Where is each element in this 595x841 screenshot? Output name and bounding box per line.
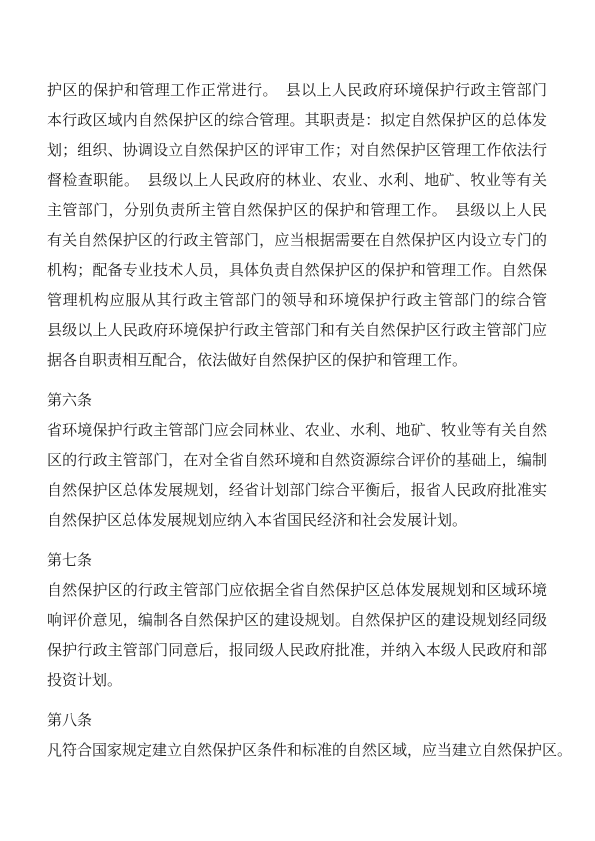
text-line: 省环境保护行政主管部门应会同林业、农业、水利、地矿、牧业等有关自然保护 [47,416,547,446]
document-page: 护区的保护和管理工作正常进行。 县以上人民政府环境保护行政主管部门负责 本行政区… [0,0,595,841]
text-line: 投资计划。 [47,666,547,696]
text-line: 自然保护区总体发展规划，经省计划部门综合平衡后，报省人民政府批准实施。 [47,476,547,506]
text-line: 有关自然保护区的行政主管部门，应当根据需要在自然保护区内设立专门的管理 [47,226,547,256]
text-line: 响评价意见，编制各自然保护区的建设规划。自然保护区的建设规划经同级环境 [47,606,547,636]
text-line: 管理机构应服从其行政主管部门的领导和环境保护行政主管部门的综合管理。 [47,286,547,316]
article-heading-8: 第八条 [47,706,547,736]
text-line: 区的行政主管部门，在对全省自然环境和自然资源综合评价的基础上，编制全省 [47,446,547,476]
text-line: 自然保护区总体发展规划应纳入本省国民经济和社会发展计划。 [47,506,547,536]
text-line: 护区的保护和管理工作正常进行。 县以上人民政府环境保护行政主管部门负责 [47,76,547,106]
text-line: 划；组织、协调设立自然保护区的评审工作；对自然保护区管理工作依法行使监 [47,136,547,166]
text-line: 本行政区域内自然保护区的综合管理。其职责是：拟定自然保护区的总体发展规 [47,106,547,136]
text-line: 据各自职责相互配合，依法做好自然保护区的保护和管理工作。 [47,346,547,376]
text-line: 督检查职能。 县级以上人民政府的林业、农业、水利、地矿、牧业等有关行政 [47,166,547,196]
document-text-block: 护区的保护和管理工作正常进行。 县以上人民政府环境保护行政主管部门负责 本行政区… [47,76,547,766]
text-line: 县级以上人民政府环境保护行政主管部门和有关自然保护区行政主管部门应依 [47,316,547,346]
text-line: 凡符合国家规定建立自然保护区条件和标准的自然区域，应当建立自然保护区。 [47,736,547,766]
article-heading-6: 第六条 [47,386,547,416]
article-heading-7: 第七条 [47,546,547,576]
text-line: 主管部门，分别负责所主管自然保护区的保护和管理工作。 县级以上人民政府 [47,196,547,226]
text-line: 机构；配备专业技术人员，具体负责自然保护区的保护和管理工作。自然保护区 [47,256,547,286]
text-line: 自然保护区的行政主管部门应依据全省自然保护区总体发展规划和区域环境影 [47,576,547,606]
text-line: 保护行政主管部门同意后，报同级人民政府批准，并纳入本级人民政府和部门的 [47,636,547,666]
